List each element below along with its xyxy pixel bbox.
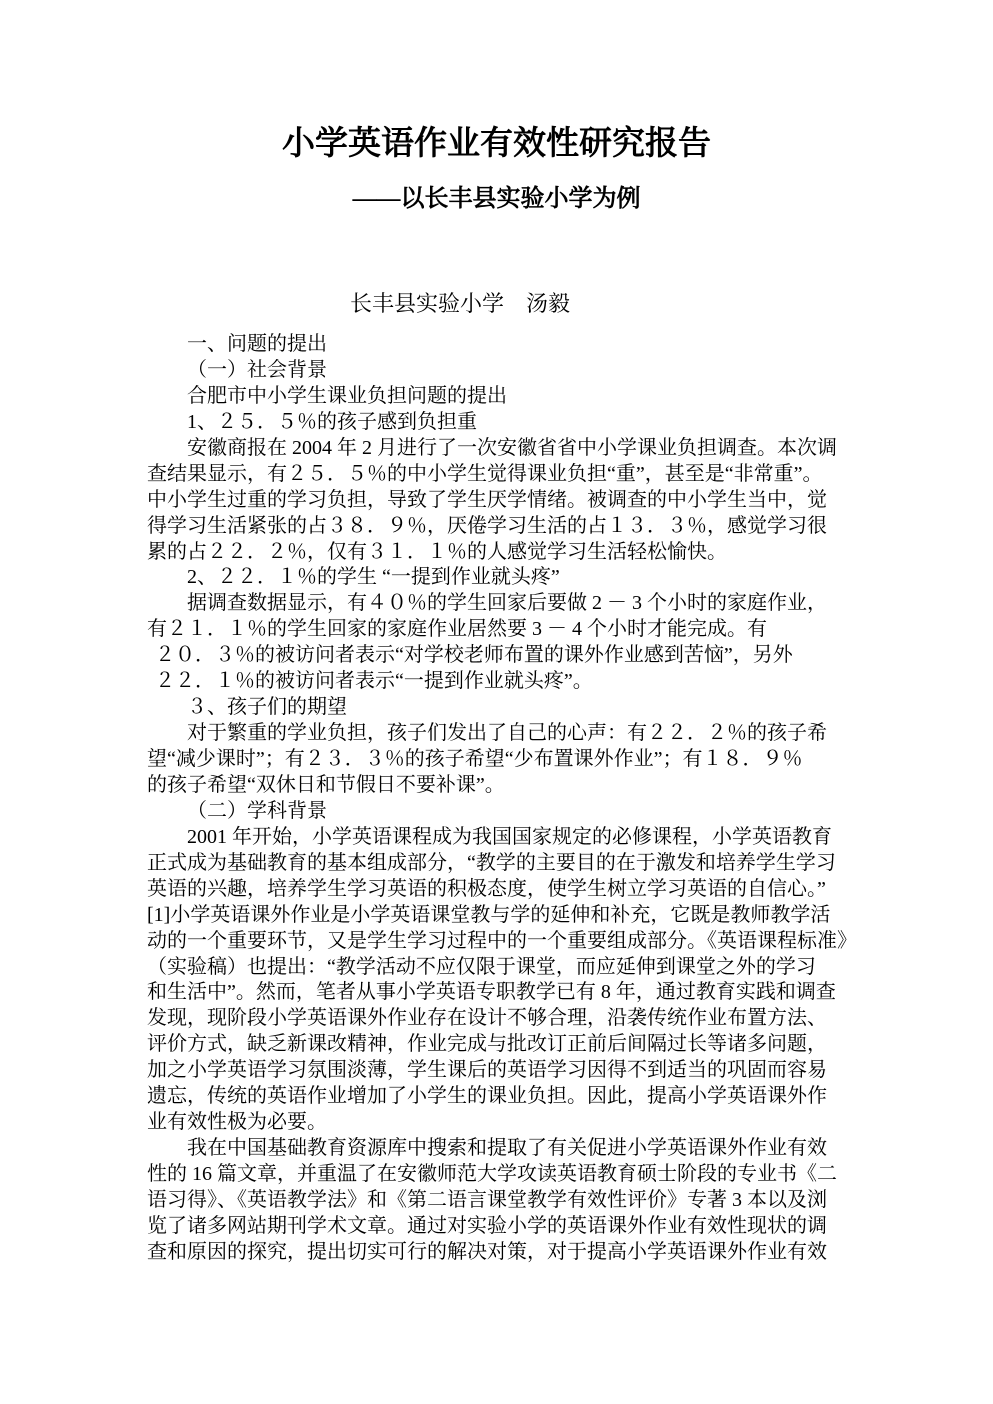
text-line: 一、问题的提出 [147, 332, 847, 358]
text-line: ２０．３％的被访问者表示“对学校老师布置的课外作业感到苦恼”，另外 [147, 643, 847, 669]
text-line: 我在中国基础教育资源库中搜索和提取了有关促进小学英语课外作业有效 [147, 1136, 847, 1162]
text-line: 1、２５．５％的孩子感到负担重 [147, 410, 847, 436]
byline: 长丰县实验小学 汤毅 [0, 290, 993, 318]
document-page: 小学英语作业有效性研究报告 ——以长丰县实验小学为例 长丰县实验小学 汤毅 一、… [0, 0, 993, 1404]
document-body: 一、问题的提出（一）社会背景合肥市中小学生课业负担问题的提出1、２５．５％的孩子… [147, 332, 847, 1266]
text-line: 业有效性极为必要。 [147, 1110, 847, 1136]
text-line: 语习得》、《英语教学法》和《第二语言课堂教学有效性评价》专著 3 本以及浏 [147, 1188, 847, 1214]
text-line: 加之小学英语学习氛围淡薄，学生课后的英语学习因得不到适当的巩固而容易 [147, 1058, 847, 1084]
text-line: ３、孩子们的期望 [147, 695, 847, 721]
text-line: 对于繁重的学业负担，孩子们发出了自己的心声：有２２．２％的孩子希 [147, 721, 847, 747]
text-line: 英语的兴趣，培养学生学习英语的积极态度，使学生树立学习英语的自信心。” [147, 877, 847, 903]
text-line: （实验稿）也提出：“教学活动不应仅限于课堂，而应延伸到课堂之外的学习 [147, 955, 847, 981]
text-line: 2001 年开始，小学英语课程成为我国国家规定的必修课程，小学英语教育 [147, 825, 847, 851]
text-line: （二）学科背景 [147, 799, 847, 825]
text-line: 查和原因的探究，提出切实可行的解决对策，对于提高小学英语课外作业有效 [147, 1240, 847, 1266]
text-line: 有２１．１％的学生回家的家庭作业居然要 3 － 4 个小时才能完成。有 [147, 617, 847, 643]
text-line: 正式成为基础教育的基本组成部分，“教学的主要目的在于激发和培养学生学习 [147, 851, 847, 877]
text-line: 性的 16 篇文章，并重温了在安徽师范大学攻读英语教育硕士阶段的专业书《二 [147, 1162, 847, 1188]
text-line: [1]小学英语课外作业是小学英语课堂教与学的延伸和补充，它既是教师教学活 [147, 903, 847, 929]
text-line: 和生活中”。然而，笔者从事小学英语专职教学已有 8 年，通过教育实践和调查 [147, 980, 847, 1006]
text-line: 据调查数据显示，有４０％的学生回家后要做 2 － 3 个小时的家庭作业， [147, 591, 847, 617]
text-line: 动的一个重要环节，又是学生学习过程中的一个重要组成部分。《英语课程标准》 [147, 929, 847, 955]
text-line: 2、２２．１％的学生 “一提到作业就头疼” [147, 565, 847, 591]
text-line: 览了诸多网站期刊学术文章。通过对实验小学的英语课外作业有效性现状的调 [147, 1214, 847, 1240]
text-line: 得学习生活紧张的占３８．９％，厌倦学习生活的占１３．３％，感觉学习很 [147, 514, 847, 540]
text-line: 望“减少课时”；有２３．３％的孩子希望“少布置课外作业”；有１８．９％ [147, 747, 847, 773]
text-line: ２２．１％的被访问者表示“一提到作业就头疼”。 [147, 669, 847, 695]
text-line: 的孩子希望“双休日和节假日不要补课”。 [147, 773, 847, 799]
page-subtitle: ——以长丰县实验小学为例 [0, 184, 993, 214]
text-line: 累的占２２．２％，仅有３１．１％的人感觉学习生活轻松愉快。 [147, 540, 847, 566]
text-line: 遗忘，传统的英语作业增加了小学生的课业负担。因此，提高小学英语课外作 [147, 1084, 847, 1110]
text-line: 查结果显示，有２５．５％的中小学生觉得课业负担“重”，甚至是“非常重”。 [147, 462, 847, 488]
text-line: 中小学生过重的学习负担，导致了学生厌学情绪。被调查的中小学生当中，觉 [147, 488, 847, 514]
page-title: 小学英语作业有效性研究报告 [0, 124, 993, 164]
text-line: 安徽商报在 2004 年 2 月进行了一次安徽省省中小学课业负担调查。本次调 [147, 436, 847, 462]
text-line: 评价方式，缺乏新课改精神，作业完成与批改订正前后间隔过长等诸多问题， [147, 1032, 847, 1058]
text-line: 合肥市中小学生课业负担问题的提出 [147, 384, 847, 410]
text-line: （一）社会背景 [147, 358, 847, 384]
text-line: 发现，现阶段小学英语课外作业存在设计不够合理，沿袭传统作业布置方法、 [147, 1006, 847, 1032]
